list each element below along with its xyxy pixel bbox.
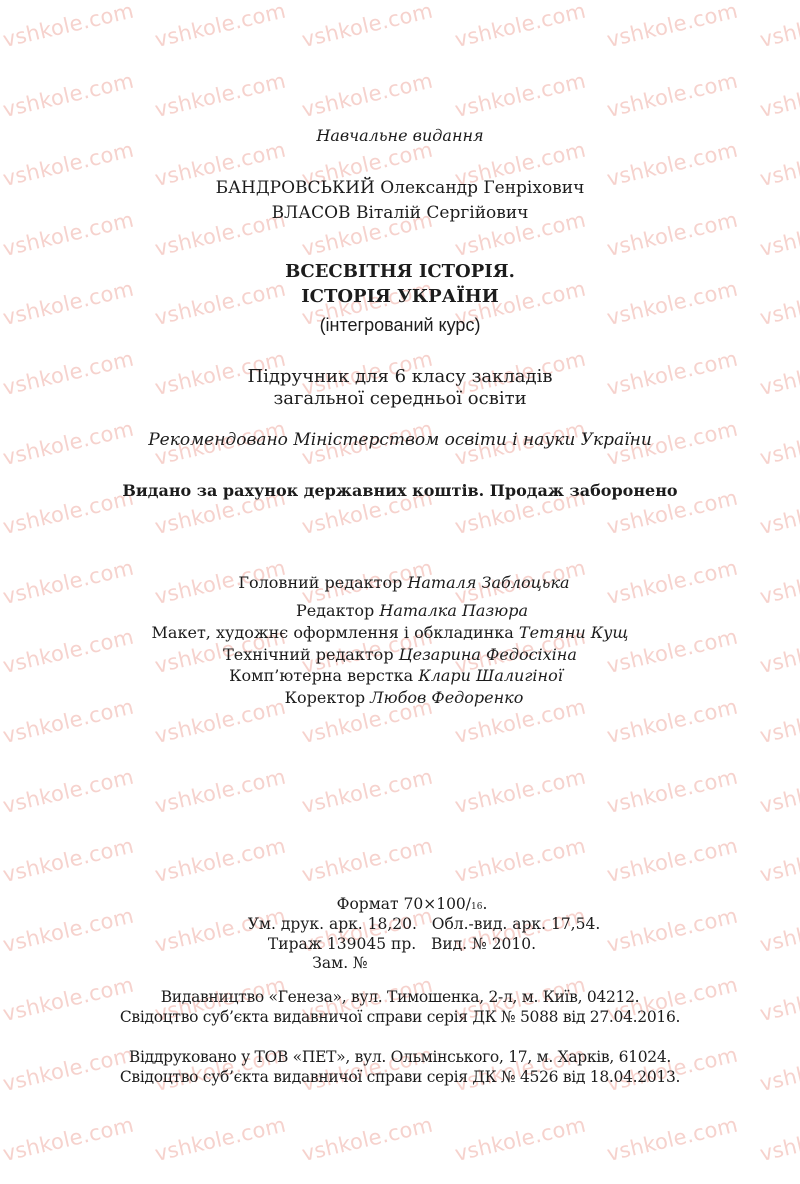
credit-role: Комп’ютерна верстка [229, 666, 413, 685]
watermark-text: vshkole.com [300, 68, 435, 121]
credit-person: Наталя Заблоцька [407, 573, 569, 592]
watermark-text: vshkole.com [758, 0, 800, 52]
credit-role: Головний редактор [238, 573, 402, 592]
credit-person: Клари Шалигіної [418, 666, 563, 685]
edition-type: Навчальне видання [0, 126, 800, 145]
author-2: ВЛАСОВ Віталій Сергійович [0, 203, 800, 223]
publisher-line-2: Свідоцтво суб’єкта видавничої справи сер… [0, 1008, 800, 1026]
imprint-print-run: Тираж 139045 пр. Вид. № 2010. [2, 935, 800, 953]
author-2-name: Віталій Сергійович [356, 203, 528, 223]
watermark-text: vshkole.com [453, 68, 588, 121]
credit-line: Головний редактор Наталя Заблоцька [4, 573, 800, 592]
title-subtitle: (інтегрований курс) [0, 315, 800, 336]
credit-role: Коректор [285, 688, 365, 707]
publisher-line-1: Видавництво «Генеза», вул. Тимошенка, 2-… [0, 988, 800, 1006]
credit-line: Коректор Любов Федоренко [4, 688, 800, 707]
watermark-text: vshkole.com [153, 764, 288, 817]
watermark-text: vshkole.com [153, 0, 288, 52]
printer-line-1: Віддруковано у ТОВ «ПЕТ», вул. Ольмінськ… [0, 1048, 800, 1066]
watermark-text: vshkole.com [300, 764, 435, 817]
author-2-surname: ВЛАСОВ [272, 203, 351, 223]
author-1-surname: БАНДРОВСЬКИЙ [216, 178, 375, 198]
watermark-text: vshkole.com [453, 834, 588, 887]
watermark-text: vshkole.com [453, 1112, 588, 1165]
watermark-text: vshkole.com [1, 68, 136, 121]
credit-line: Редактор Наталка Пазюра [12, 601, 800, 620]
credit-role: Технічний редактор [223, 645, 393, 664]
watermark-text: vshkole.com [153, 68, 288, 121]
credit-line: Технічний редактор Цезарина Федосіхіна [0, 645, 800, 664]
watermark-text: vshkole.com [758, 834, 800, 887]
watermark-text: vshkole.com [1, 0, 136, 52]
description-line-1: Підручник для 6 класу закладів [0, 366, 800, 387]
watermark-text: vshkole.com [758, 764, 800, 817]
imprint-sheets: Ум. друк. арк. 18,20. Обл.-вид. арк. 17,… [24, 915, 800, 933]
credit-person: Любов Федоренко [370, 688, 523, 707]
watermark-text: vshkole.com [453, 0, 588, 52]
watermark-text: vshkole.com [1, 834, 136, 887]
notice: Видано за рахунок державних коштів. Прод… [0, 481, 800, 500]
watermark-text: vshkole.com [300, 0, 435, 52]
watermark-text: vshkole.com [758, 68, 800, 121]
watermark-text: vshkole.com [605, 1112, 740, 1165]
imprint-order: Зам. № [0, 954, 740, 972]
credit-line: Комп’ютерна верстка Клари Шалигіної [0, 666, 796, 685]
watermark-text: vshkole.com [605, 834, 740, 887]
imprint-format: Формат 70×100/16. [12, 895, 800, 913]
recommendation: Рекомендовано Міністерством освіти і нау… [0, 430, 800, 450]
watermark-text: vshkole.com [153, 1112, 288, 1165]
watermark-text: vshkole.com [300, 834, 435, 887]
printer-line-2: Свідоцтво суб’єкта видавничої справи сер… [0, 1068, 800, 1086]
credit-role: Редактор [296, 601, 374, 620]
watermark-text: vshkole.com [453, 764, 588, 817]
author-1-name: Олександр Генріхович [380, 178, 584, 198]
watermark-text: vshkole.com [605, 0, 740, 52]
credit-person: Наталка Пазюра [379, 601, 528, 620]
edition-type-text: Навчальне видання [316, 126, 483, 145]
watermark-text: vshkole.com [605, 764, 740, 817]
watermark-text: vshkole.com [1, 1112, 136, 1165]
format-fraction: 16 [471, 902, 482, 912]
author-1: БАНДРОВСЬКИЙ Олександр Генріхович [0, 178, 800, 198]
credit-line: Макет, художнє оформлення і обкладинка Т… [0, 623, 790, 642]
format-end: . [482, 895, 487, 913]
credit-person: Цезарина Федосіхіна [399, 645, 577, 664]
watermark-text: vshkole.com [300, 1112, 435, 1165]
credit-role: Макет, художнє оформлення і обкладинка [152, 623, 514, 642]
watermark-text: vshkole.com [153, 834, 288, 887]
watermark-text: vshkole.com [758, 1112, 800, 1165]
credit-person: Тетяни Кущ [519, 623, 629, 642]
format-label: Формат 70×100/ [337, 895, 471, 913]
watermark-text: vshkole.com [605, 68, 740, 121]
description-line-2: загальної середньої освіти [0, 388, 800, 409]
title-line-1: ВСЕСВІТНЯ ІСТОРІЯ. [0, 261, 800, 282]
title-line-2: ІСТОРІЯ УКРАЇНИ [0, 286, 800, 307]
watermark-text: vshkole.com [1, 764, 136, 817]
